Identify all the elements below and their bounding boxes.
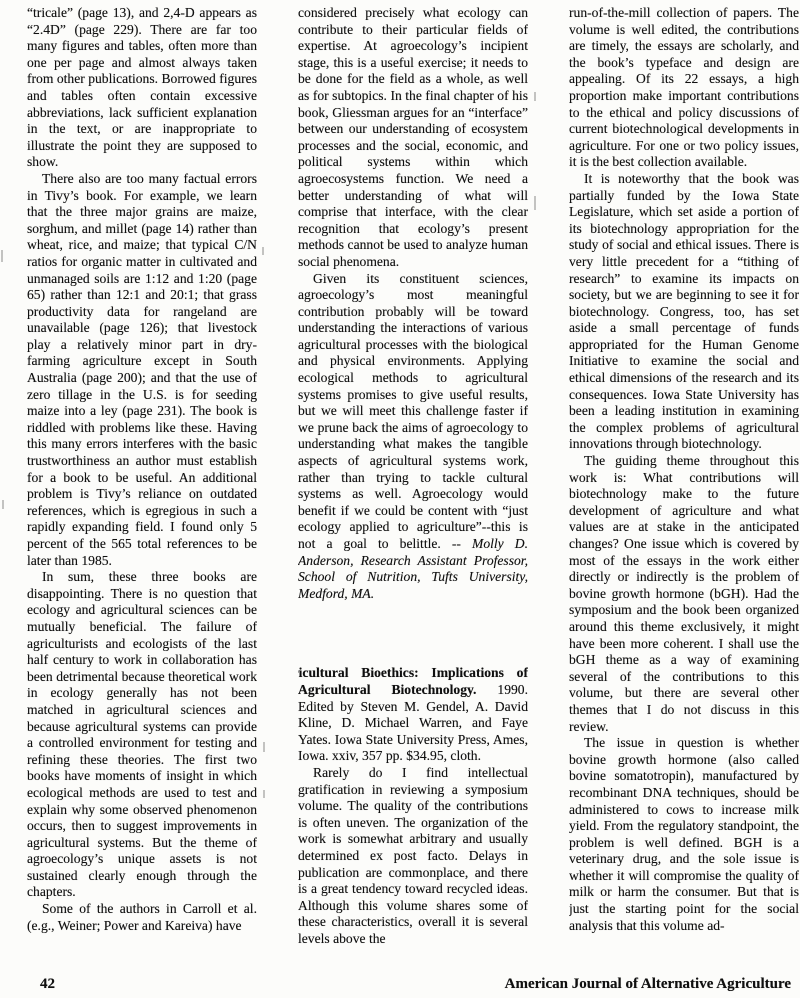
- paragraph: The issue in question is whether bovine …: [569, 735, 799, 934]
- paragraph: The guiding theme throughout this work i…: [569, 453, 799, 735]
- paragraph: In sum, these three books are disappoint…: [27, 569, 257, 901]
- middle-column: considered precisely what ecology can co…: [298, 5, 528, 967]
- scan-artifact: [534, 92, 536, 101]
- paragraph: run-of-the-mill collection of papers. Th…: [569, 5, 799, 171]
- paragraph: There also are too many factual errors i…: [27, 171, 257, 569]
- paragraph: “tricale” (page 13), and 2,4-D appears a…: [27, 5, 257, 171]
- scan-artifact: [262, 247, 264, 255]
- left-column: “tricale” (page 13), and 2,4-D appears a…: [27, 5, 257, 967]
- paragraph: It is noteworthy that the book was parti…: [569, 171, 799, 453]
- paragraph: considered precisely what ecology can co…: [298, 5, 528, 271]
- right-column: run-of-the-mill collection of papers. Th…: [569, 5, 799, 967]
- paragraph: Given its constituent sciences, agroecol…: [298, 271, 528, 603]
- text-columns: “tricale” (page 13), and 2,4-D appears a…: [27, 5, 799, 967]
- page-footer: 42 American Journal of Alternative Agric…: [0, 976, 800, 996]
- paragraph-text: Given its constituent sciences, agroecol…: [298, 271, 528, 552]
- scan-artifact: [1, 250, 3, 262]
- journal-page: “tricale” (page 13), and 2,4-D appears a…: [0, 0, 800, 998]
- paragraph: Some of the authors in Carroll et al. (e…: [27, 901, 257, 934]
- scan-artifact: [263, 790, 265, 798]
- paragraph: Rarely do I find intellectual gratificat…: [298, 765, 528, 948]
- journal-title: American Journal of Alternative Agricult…: [505, 976, 791, 993]
- page-number: 42: [40, 976, 55, 993]
- scan-artifact: [534, 196, 536, 210]
- book-review-heading: Agricultural Bioethics: Implications of …: [298, 665, 528, 765]
- scan-artifact: [2, 500, 4, 509]
- scan-artifact: [263, 742, 265, 752]
